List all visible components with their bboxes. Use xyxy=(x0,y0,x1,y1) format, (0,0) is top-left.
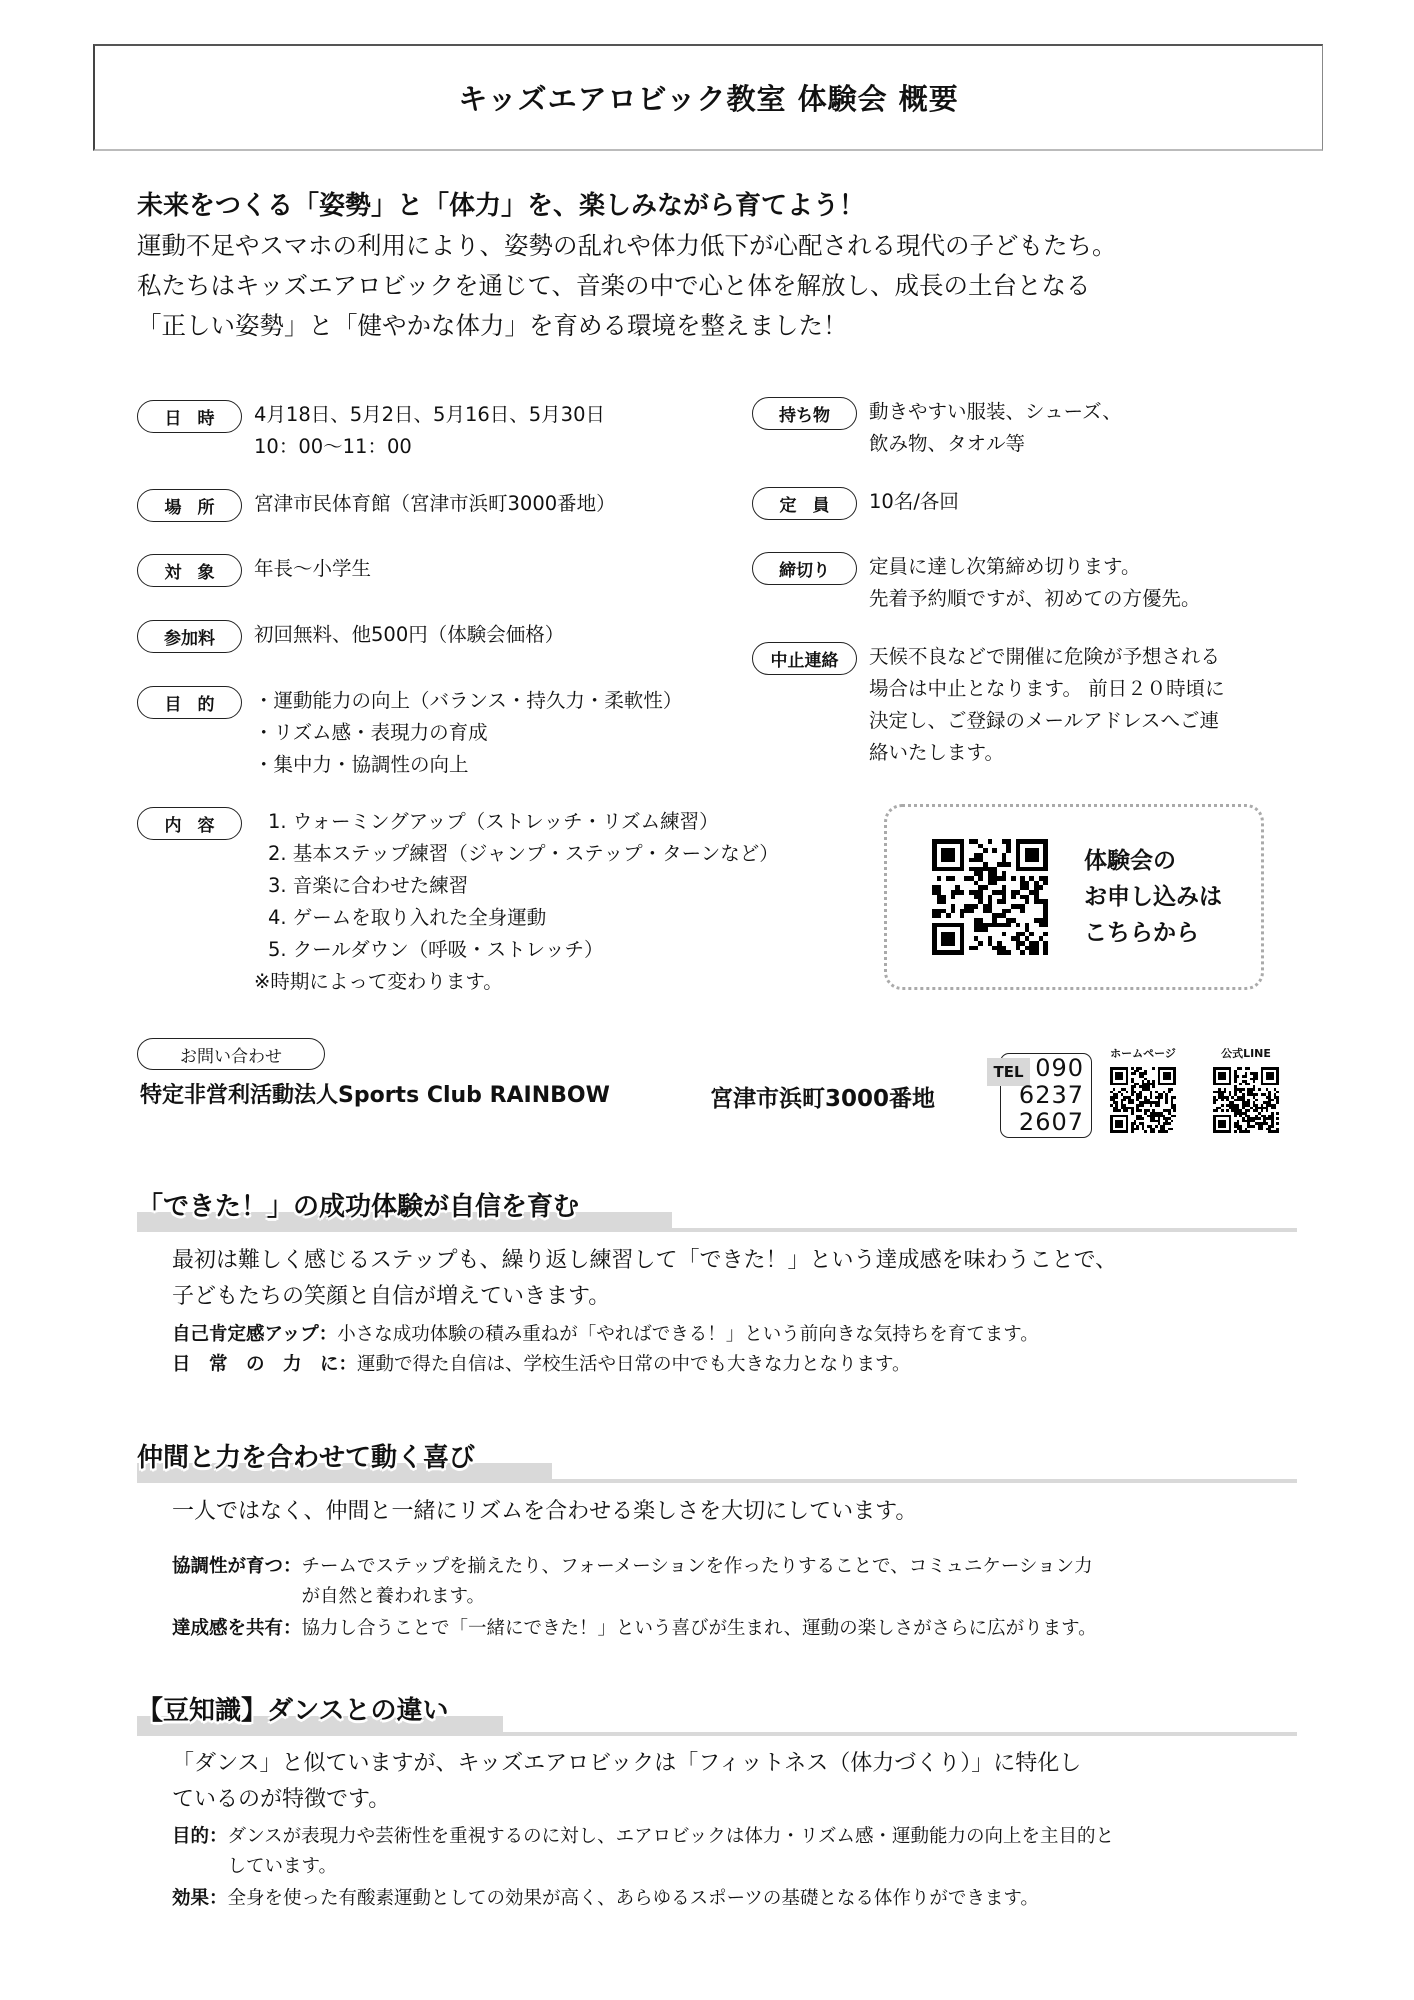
info-content: 内容 1. ウォーミングアップ（ストレッチ・リズム練習） 2. 基本ステップ練習… xyxy=(137,807,779,998)
section-item: 協調性が育つ： チームでステップを揃えたり、フォーメーションを作ったりすることで… xyxy=(172,1552,1093,1612)
intro-line: 運動不足やスマホの利用により、姿勢の乱れや体力低下が心配される現代の子どもたち。 xyxy=(137,226,1317,266)
info-value: ・運動能力の向上（バランス・持久力・柔軟性） ・リズム感・表現力の育成 ・集中力… xyxy=(254,685,682,781)
section-heading: 仲間と力を合わせて動く喜び xyxy=(137,1437,1297,1483)
signup-box: 体験会の お申し込みは こちらから xyxy=(884,804,1264,990)
info-value: 動きやすい服装、シューズ、 飲み物、タオル等 xyxy=(869,396,1122,460)
info-value: 4月18日、5月2日、5月16日、5月30日 10：00〜11：00 xyxy=(254,399,605,463)
org-address: 宮津市浜町3000番地 xyxy=(710,1080,935,1113)
info-target: 対象 年長〜小学生 xyxy=(137,554,371,587)
label-pill: 目的 xyxy=(137,686,242,719)
contact-label: お問い合わせ xyxy=(137,1038,325,1070)
info-value: 天候不良などで開催に危険が予想される 場合は中止となります。 前日２０時頃に 決… xyxy=(869,641,1225,769)
label-pill: 中止連絡 xyxy=(752,642,857,675)
info-value: 初回無料、他500円（体験会価格） xyxy=(254,619,564,651)
info-purpose: 目的 ・運動能力の向上（バランス・持久力・柔軟性） ・リズム感・表現力の育成 ・… xyxy=(137,686,682,781)
line-qr-block: 公式LINE xyxy=(1213,1045,1279,1133)
intro-lead: 未来をつくる「姿勢」と「体力」を、楽しみながら育てよう！ xyxy=(137,186,1317,226)
label-pill: 対象 xyxy=(137,554,242,587)
org-name: 特定非営利活動法人Sports Club RAINBOW xyxy=(140,1078,610,1109)
section-item: 達成感を共有： 協力し合うことで「一緒にできた！」という喜びが生まれ、運動の楽し… xyxy=(172,1614,1097,1644)
section-body: 最初は難しく感じるステップも、繰り返し練習して「できた！」という達成感を味わうこ… xyxy=(172,1243,1117,1315)
homepage-qr-block: ホームページ xyxy=(1110,1045,1176,1133)
info-belongings: 持ち物 動きやすい服装、シューズ、 飲み物、タオル等 xyxy=(752,397,1122,460)
title-box: キッズエアロビック教室 体験会 概要 xyxy=(93,44,1323,151)
info-value: 宮津市民体育館（宮津市浜町3000番地） xyxy=(254,488,616,520)
section-item: 効果： 全身を使った有酸素運動としての効果が高く、あらゆるスポーツの基礎となる体… xyxy=(172,1884,1039,1914)
section-heading: 【豆知識】ダンスとの違い xyxy=(137,1690,1297,1736)
signup-caption: 体験会の お申し込みは こちらから xyxy=(1084,843,1222,951)
info-cancellation: 中止連絡 天候不良などで開催に危険が予想される 場合は中止となります。 前日２０… xyxy=(752,642,1225,769)
info-place: 場所 宮津市民体育館（宮津市浜町3000番地） xyxy=(137,489,616,522)
label-pill: 持ち物 xyxy=(752,397,857,430)
label-pill: 定員 xyxy=(752,487,857,520)
label-pill: 締切り xyxy=(752,552,857,585)
info-deadline: 締切り 定員に達し次第締め切ります。 先着予約順ですが、初めての方優先。 xyxy=(752,552,1201,615)
intro-line: 「正しい姿勢」と「健やかな体力」を育める環境を整えました！ xyxy=(137,306,1317,346)
section-body: 一人ではなく、仲間と一緒にリズムを合わせる楽しさを大切にしています。 xyxy=(172,1494,917,1530)
label-pill: 内容 xyxy=(137,807,242,840)
info-datetime: 日時 4月18日、5月2日、5月16日、5月30日 10：00〜11：00 xyxy=(137,400,605,463)
label-pill: 場所 xyxy=(137,489,242,522)
section-item: 自己肯定感アップ： 小さな成功体験の積み重ねが「やればできる！」という前向きな気… xyxy=(172,1320,1039,1350)
info-value: 年長〜小学生 xyxy=(254,553,371,585)
qr-code-icon[interactable] xyxy=(932,839,1048,955)
info-value: 1. ウォーミングアップ（ストレッチ・リズム練習） 2. 基本ステップ練習（ジャ… xyxy=(254,806,779,998)
tel-number[interactable]: 090 6237 2607 xyxy=(1018,1055,1084,1136)
homepage-qr-icon[interactable] xyxy=(1110,1067,1176,1133)
page-title: キッズエアロビック教室 体験会 概要 xyxy=(458,77,958,118)
section-item: 目的： ダンスが表現力や芸術性を重視するのに対し、エアロビックは体力・リズム感・… xyxy=(172,1822,1114,1882)
info-value: 10名/各回 xyxy=(869,486,959,518)
section-item: 日 常 の 力 に： 運動で得た自信は、学校生活や日常の中でも大きな力となります… xyxy=(172,1350,911,1380)
intro: 未来をつくる「姿勢」と「体力」を、楽しみながら育てよう！ 運動不足やスマホの利用… xyxy=(137,186,1317,346)
section-heading: 「できた！」の成功体験が自信を育む xyxy=(137,1186,1297,1232)
info-capacity: 定員 10名/各回 xyxy=(752,487,959,520)
label-pill: 参加料 xyxy=(137,620,242,653)
line-label: 公式LINE xyxy=(1221,1045,1271,1061)
info-fee: 参加料 初回無料、他500円（体験会価格） xyxy=(137,620,564,653)
line-qr-icon[interactable] xyxy=(1213,1067,1279,1133)
section-body: 「ダンス」と似ていますが、キッズエアロビックは「フィットネス（体力づくり）」に特… xyxy=(172,1746,1081,1818)
homepage-label: ホームページ xyxy=(1110,1045,1176,1061)
intro-line: 私たちはキッズエアロビックを通じて、音楽の中で心と体を解放し、成長の土台となる xyxy=(137,266,1317,306)
label-pill: 日時 xyxy=(137,400,242,433)
info-value: 定員に達し次第締め切ります。 先着予約順ですが、初めての方優先。 xyxy=(869,551,1201,615)
